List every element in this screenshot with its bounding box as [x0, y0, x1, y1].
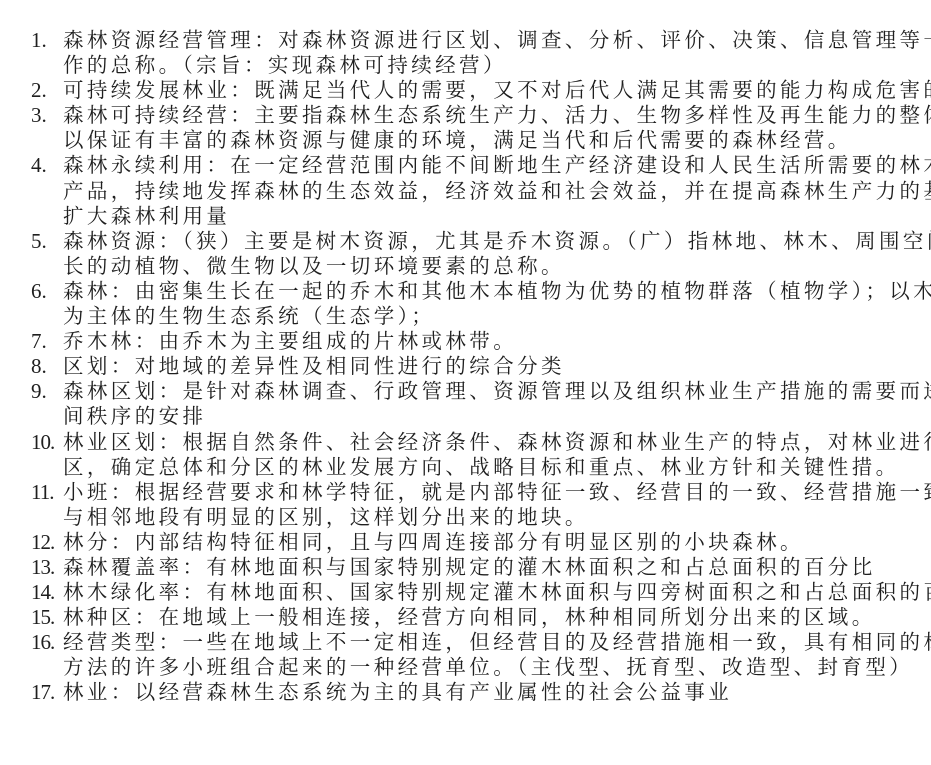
item-number: 16. [0, 630, 63, 655]
list-item: 3.森林可持续经营：主要指森林生态系统生产力、活力、生物多样性及再生能力的整体完… [0, 103, 931, 153]
definition-list: 1.森林资源经营管理：对森林资源进行区划、调查、分析、评价、决策、信息管理等一系… [0, 28, 931, 706]
list-item: 2.可持续发展林业：既满足当代人的需要，又不对后代人满足其需要的能力构成危害的林… [0, 78, 931, 103]
item-number: 8. [0, 354, 63, 379]
definition-line: 小班：根据经营要求和林学特征，就是内部特征一致、经营目的一致、经营措施一致，而且 [63, 480, 903, 505]
item-number: 9. [0, 379, 63, 404]
item-number: 17. [0, 680, 63, 705]
item-definition: 森林可持续经营：主要指森林生态系统生产力、活力、生物多样性及再生能力的整体完善，… [63, 103, 903, 153]
definition-line: 扩大森林利用量 [63, 204, 903, 229]
definition-line: 经营类型：一些在地域上不一定相连，但经营目的及经营措施相一致，具有相同的林学计算 [63, 630, 903, 655]
item-definition: 森林：由密集生长在一起的乔木和其他木本植物为优势的植物群落（植物学）；以木本植物… [63, 279, 903, 329]
item-number: 7. [0, 329, 63, 354]
item-number: 14. [0, 580, 63, 605]
list-item: 11.小班：根据经营要求和林学特征，就是内部特征一致、经营目的一致、经营措施一致… [0, 480, 931, 530]
item-number: 15. [0, 605, 63, 630]
definition-line: 以保证有丰富的森林资源与健康的环境，满足当代和后代需要的森林经营。 [63, 128, 903, 153]
definition-line: 森林资源经营管理：对森林资源进行区划、调查、分析、评价、决策、信息管理等一系列工 [63, 28, 903, 53]
definition-line: 林分：内部结构特征相同，且与四周连接部分有明显区别的小块森林。 [63, 530, 903, 555]
item-definition: 可持续发展林业：既满足当代人的需要，又不对后代人满足其需要的能力构成危害的林业。 [63, 78, 903, 103]
definition-line: 林业区划：根据自然条件、社会经济条件、森林资源和林业生产的特点，对林业进行地理分 [63, 430, 903, 455]
definition-line: 方法的许多小班组合起来的一种经营单位。（主伐型、抚育型、改造型、封育型） [63, 655, 903, 680]
definition-line: 林业：以经营森林生态系统为主的具有产业属性的社会公益事业 [63, 680, 903, 705]
item-definition: 林业：以经营森林生态系统为主的具有产业属性的社会公益事业 [63, 680, 903, 705]
item-definition: 经营类型：一些在地域上不一定相连，但经营目的及经营措施相一致，具有相同的林学计算… [63, 630, 903, 680]
item-definition: 林种区：在地域上一般相连接，经营方向相同，林种相同所划分出来的区域。 [63, 605, 903, 630]
definition-line: 森林永续利用：在一定经营范围内能不间断地生产经济建设和人民生活所需要的林木和林副 [63, 153, 903, 178]
item-definition: 森林资源：（狭）主要是树木资源，尤其是乔木资源。（广）指林地、林木、周围空间上生… [63, 229, 903, 279]
list-item: 1.森林资源经营管理：对森林资源进行区划、调查、分析、评价、决策、信息管理等一系… [0, 28, 931, 78]
list-item: 4.森林永续利用：在一定经营范围内能不间断地生产经济建设和人民生活所需要的林木和… [0, 153, 931, 228]
list-item: 17.林业：以经营森林生态系统为主的具有产业属性的社会公益事业 [0, 680, 931, 705]
item-number: 12. [0, 530, 63, 555]
definition-line: 区划：对地域的差异性及相同性进行的综合分类 [63, 354, 903, 379]
definition-line: 林木绿化率：有林地面积、国家特别规定灌木林面积与四旁树面积之和占总面积的百分比 [63, 580, 903, 605]
definition-line: 森林区划：是针对森林调查、行政管理、资源管理以及组织林业生产措施的需要而进行的空 [63, 379, 903, 404]
list-item: 9.森林区划：是针对森林调查、行政管理、资源管理以及组织林业生产措施的需要而进行… [0, 379, 931, 429]
definition-line: 可持续发展林业：既满足当代人的需要，又不对后代人满足其需要的能力构成危害的林业。 [63, 78, 903, 103]
definition-line: 长的动植物、微生物以及一切环境要素的总称。 [63, 254, 903, 279]
definition-line: 森林资源：（狭）主要是树木资源，尤其是乔木资源。（广）指林地、林木、周围空间上生 [63, 229, 903, 254]
item-number: 13. [0, 555, 63, 580]
definition-line: 森林覆盖率：有林地面积与国家特别规定的灌木林面积之和占总面积的百分比 [63, 555, 903, 580]
list-item: 8.区划：对地域的差异性及相同性进行的综合分类 [0, 354, 931, 379]
item-definition: 林木绿化率：有林地面积、国家特别规定灌木林面积与四旁树面积之和占总面积的百分比 [63, 580, 903, 605]
definition-line: 产品，持续地发挥森林的生态效益，经济效益和社会效益，并在提高森林生产力的基础上， [63, 179, 903, 204]
item-definition: 森林覆盖率：有林地面积与国家特别规定的灌木林面积之和占总面积的百分比 [63, 555, 903, 580]
item-definition: 区划：对地域的差异性及相同性进行的综合分类 [63, 354, 903, 379]
definition-line: 森林：由密集生长在一起的乔木和其他木本植物为优势的植物群落（植物学）；以木本植物 [63, 279, 903, 304]
item-definition: 林业区划：根据自然条件、社会经济条件、森林资源和林业生产的特点，对林业进行地理分… [63, 430, 903, 480]
list-item: 6.森林：由密集生长在一起的乔木和其他木本植物为优势的植物群落（植物学）；以木本… [0, 279, 931, 329]
item-number: 5. [0, 229, 63, 254]
definition-line: 乔木林：由乔木为主要组成的片林或林带。 [63, 329, 903, 354]
item-number: 4. [0, 153, 63, 178]
list-item: 13.森林覆盖率：有林地面积与国家特别规定的灌木林面积之和占总面积的百分比 [0, 555, 931, 580]
item-number: 6. [0, 279, 63, 304]
list-item: 5.森林资源：（狭）主要是树木资源，尤其是乔木资源。（广）指林地、林木、周围空间… [0, 229, 931, 279]
definition-line: 与相邻地段有明显的区别，这样划分出来的地块。 [63, 505, 903, 530]
definition-line: 林种区：在地域上一般相连接，经营方向相同，林种相同所划分出来的区域。 [63, 605, 903, 630]
item-definition: 乔木林：由乔木为主要组成的片林或林带。 [63, 329, 903, 354]
definition-line: 间秩序的安排 [63, 404, 903, 429]
item-number: 1. [0, 28, 63, 53]
item-definition: 林分：内部结构特征相同，且与四周连接部分有明显区别的小块森林。 [63, 530, 903, 555]
definition-line: 作的总称。（宗旨：实现森林可持续经营） [63, 53, 903, 78]
item-number: 3. [0, 103, 63, 128]
list-item: 7.乔木林：由乔木为主要组成的片林或林带。 [0, 329, 931, 354]
item-number: 11. [0, 480, 63, 505]
definition-line: 区，确定总体和分区的林业发展方向、战略目标和重点、林业方针和关键性措。 [63, 455, 903, 480]
item-definition: 森林区划：是针对森林调查、行政管理、资源管理以及组织林业生产措施的需要而进行的空… [63, 379, 903, 429]
item-definition: 森林资源经营管理：对森林资源进行区划、调查、分析、评价、决策、信息管理等一系列工… [63, 28, 903, 78]
definition-line: 森林可持续经营：主要指森林生态系统生产力、活力、生物多样性及再生能力的整体完善， [63, 103, 903, 128]
list-item: 12.林分：内部结构特征相同，且与四周连接部分有明显区别的小块森林。 [0, 530, 931, 555]
item-definition: 森林永续利用：在一定经营范围内能不间断地生产经济建设和人民生活所需要的林木和林副… [63, 153, 903, 228]
item-number: 2. [0, 78, 63, 103]
list-item: 16.经营类型：一些在地域上不一定相连，但经营目的及经营措施相一致，具有相同的林… [0, 630, 931, 680]
item-definition: 小班：根据经营要求和林学特征，就是内部特征一致、经营目的一致、经营措施一致，而且… [63, 480, 903, 530]
definition-line: 为主体的生物生态系统（生态学）； [63, 304, 903, 329]
list-item: 10.林业区划：根据自然条件、社会经济条件、森林资源和林业生产的特点，对林业进行… [0, 430, 931, 480]
list-item: 14.林木绿化率：有林地面积、国家特别规定灌木林面积与四旁树面积之和占总面积的百… [0, 580, 931, 605]
list-item: 15.林种区：在地域上一般相连接，经营方向相同，林种相同所划分出来的区域。 [0, 605, 931, 630]
item-number: 10. [0, 430, 63, 455]
